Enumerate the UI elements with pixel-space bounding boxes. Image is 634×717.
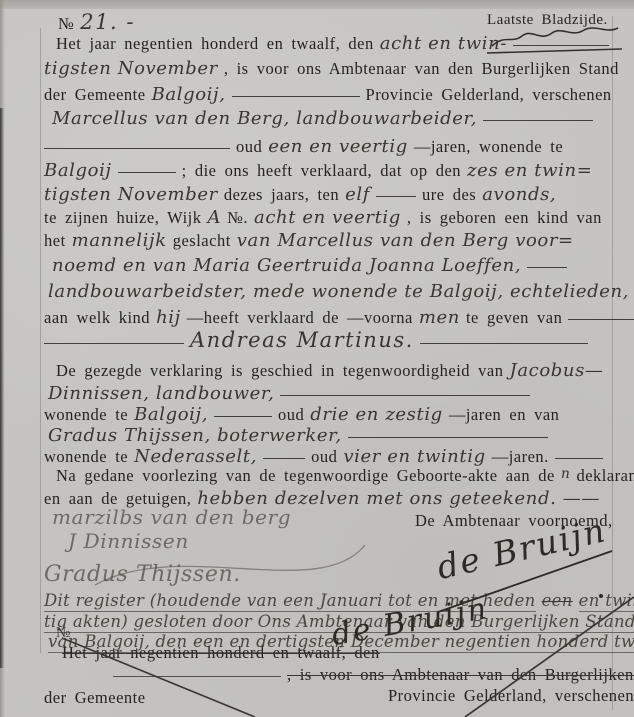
blank-rule xyxy=(348,437,548,438)
act-line-child-name: Andreas Martinus. xyxy=(44,328,588,352)
act-line-mother-details: landbouwarbeidster, mede wonende te Balg… xyxy=(48,281,634,302)
act-line-mother: noemd en van Maria Geertruida Joanna Loe… xyxy=(52,255,567,276)
entry-child-name: Andreas Martinus. xyxy=(190,328,414,352)
blank-rule xyxy=(527,267,567,268)
signature-declarant: marzilbs van den berg xyxy=(52,505,291,529)
entry-birth-month: tigsten November xyxy=(44,184,218,205)
entry-day: acht en twin- xyxy=(380,33,507,54)
entry-month: tigsten November xyxy=(44,58,218,79)
act-line-residence: Balgoij; die ons heeft verklaard, dat op… xyxy=(44,160,592,181)
bottom-form-line-3-left: der Gemeente xyxy=(44,688,146,708)
entry-gender: mannelijk xyxy=(72,230,167,251)
act-line-reading: Na gedane voorlezing van de tegenwoordig… xyxy=(56,466,634,486)
entry-birth-hour: elf xyxy=(345,184,370,205)
closing-struck-word: een xyxy=(542,591,573,610)
entry-declarant-age: een en veertig xyxy=(268,136,408,157)
act-number-value: 21. - xyxy=(80,10,135,34)
act-line-witness2-age: wonende teNederasselt,oudvier en twintig… xyxy=(44,446,603,467)
entry-time-of-day: avonds, xyxy=(482,184,556,205)
act-line-witness2: Gradus Thijssen, boterwerker, xyxy=(48,425,548,446)
entry-mother-name: noemd en van Maria Geertruida Joanna Loe… xyxy=(52,255,521,276)
scan-edge-shadow xyxy=(0,108,4,668)
entry-house-number: acht en veertig xyxy=(254,207,401,228)
blank-rule xyxy=(568,319,634,320)
act-line-declarant-age: oudeen en veertig—jaren, wonende te xyxy=(44,136,563,157)
act-line-gender: hetmannelijkgeslachtvan Marcellus van de… xyxy=(44,230,574,251)
entry-witness1-first: Jacobus— xyxy=(510,360,604,381)
blank-rule xyxy=(214,416,272,417)
entry-pronoun: hij xyxy=(156,307,181,328)
act-line-witness1: Dinnissen, landbouwer, xyxy=(48,383,530,404)
blank-rule xyxy=(280,395,530,396)
entry-declarant-name: Marcellus van den Berg, landbouwarbeider… xyxy=(52,108,477,129)
entry-mother-details: landbouwarbeidster, mede wonende te Balg… xyxy=(48,281,629,302)
entry-names-suffix: men xyxy=(419,307,460,328)
act-line-declarant: Marcellus van den Berg, landbouwarbeider… xyxy=(52,108,593,129)
entry-declarant-residence: Balgoij xyxy=(44,160,112,181)
blank-rule xyxy=(263,458,305,459)
act-line-month: tigsten November, is voor ons Ambtenaar … xyxy=(44,58,619,79)
act-number-symbol: № xyxy=(58,14,74,33)
act-line-birth-time: tigsten Novemberdezes jaars, tenelfure d… xyxy=(44,184,556,205)
register-closing-line-1: Dit register (houdende van een Januari t… xyxy=(44,591,634,611)
entry-witness2-age: vier en twintig xyxy=(343,446,485,467)
act-line-witness1-age: wonende teBalgoij,ouddrie en zestig—jare… xyxy=(44,404,559,425)
entry-birth-day: zes en twin= xyxy=(467,160,592,181)
entry-witness2-name: Gradus Thijssen, boterwerker, xyxy=(48,425,342,446)
act-line-year: Het jaar negentien honderd en twaalf, de… xyxy=(56,33,609,54)
entry-witness1-last: Dinnissen, landbouwer, xyxy=(48,383,274,404)
bottom-form-line-1: Het jaar negentien honderd en twaalf, de… xyxy=(62,643,380,663)
entry-witness1-residence: Balgoij, xyxy=(134,404,208,425)
act-line-names-intro: aan welk kindhij—heeft verklaard de —voo… xyxy=(44,307,634,328)
act-line-witnesses-intro: De gezegde verklaring is geschied in teg… xyxy=(56,360,604,381)
blank-rule xyxy=(44,343,184,344)
blank-rule xyxy=(513,45,609,46)
form-margin-line-left xyxy=(40,28,41,653)
act-number: №21. - xyxy=(58,10,135,34)
signature-witness1: J Dinnissen xyxy=(68,529,189,553)
blank-rule xyxy=(44,148,230,149)
blank-rule xyxy=(232,96,360,97)
entry-insert-n: n xyxy=(561,466,571,482)
blank-rule xyxy=(483,120,593,121)
blank-rule xyxy=(376,196,416,197)
entry-wijk: A xyxy=(208,207,222,228)
last-page-label: Laatste Bladzijde. xyxy=(487,11,608,29)
act-line-municipality: der GemeenteBalgoij,Provincie Gelderland… xyxy=(44,84,612,105)
signature-witness2: Gradus Thijssen. xyxy=(44,562,241,587)
act-line-house: te zijnen huize, WijkA№.acht en veertig,… xyxy=(44,207,602,228)
scan-edge-top xyxy=(0,0,634,9)
entry-witness1-age: drie en zestig xyxy=(310,404,443,425)
blank-rule xyxy=(555,458,603,459)
bottom-form-line-2: , is voor ons Ambtenaar van den Burgerli… xyxy=(113,665,634,685)
entry-witness2-residence: Nederasselt, xyxy=(134,446,257,467)
blank-rule xyxy=(113,676,281,677)
blank-rule xyxy=(420,343,588,344)
bottom-form-line-3-right: Provincie Gelderland, verschenen xyxy=(388,686,634,706)
bottom-form-number-symbol: № xyxy=(56,624,71,642)
blank-rule xyxy=(118,172,176,173)
entry-municipality: Balgoij, xyxy=(152,84,226,105)
birth-certificate-scan: №21. - Laatste Bladzijde. Het jaar negen… xyxy=(0,0,634,717)
entry-father-name: van Marcellus van den Berg voor= xyxy=(237,230,574,251)
